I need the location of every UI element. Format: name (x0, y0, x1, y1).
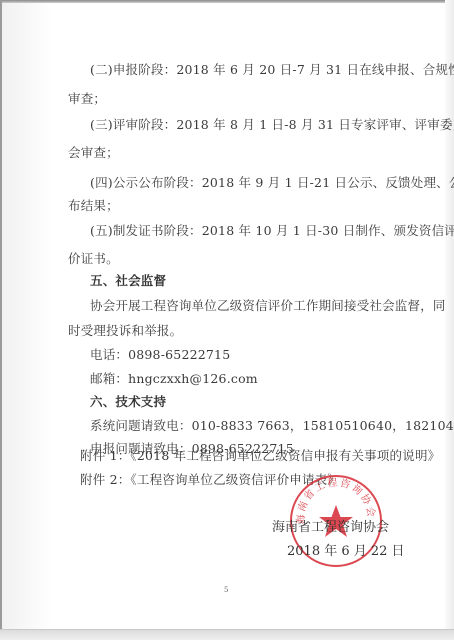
signature-date: 2018 年 6 月 22 日 (287, 540, 405, 559)
stage-2-line2: 审查； (68, 91, 388, 107)
section-heading-supervision: 五、社会监督 (90, 273, 410, 289)
system-issue-contact: 系统问题请致电：010-8833 7663，15810510640，182104… (90, 418, 410, 434)
stage-3-line2: 会审查； (68, 145, 388, 161)
scan-shadow-left (2, 3, 52, 630)
scan-border-top (0, 0, 454, 3)
stage-5-line2: 价证书。 (68, 251, 388, 267)
page-number: 5 (224, 586, 228, 594)
scan-shadow-right (445, 0, 454, 640)
stage-3-line1: (三)评审阶段：2018 年 8 月 1 日-8 月 31 日专家评审、评审委员 (90, 117, 410, 133)
scan-border-bottom (0, 629, 454, 640)
attachment-1: 附件 1：《2018 年工程咨询单位乙级资信申报有关事项的说明》 (80, 448, 400, 464)
supervision-paragraph-line2: 时受理投诉和举报。 (68, 323, 388, 339)
stage-2-line1: (二)申报阶段：2018 年 6 月 20 日-7 月 31 日在线申报、合规性 (90, 62, 410, 78)
signature-organization: 海南省工程咨询协会 (272, 516, 389, 535)
supervision-phone: 电话：0898-65222715 (90, 347, 410, 363)
section-heading-tech-support: 六、技术支持 (90, 394, 410, 410)
stage-4-line2: 布结果； (68, 198, 388, 214)
supervision-email: 邮箱：hngczxxh@126.com (90, 371, 410, 387)
stage-5-line1: (五)制发证书阶段：2018 年 10 月 1 日-30 日制作、颁发资信评 (90, 223, 410, 239)
stage-4-line1: (四)公示公布阶段：2018 年 9 月 1 日-21 日公示、反馈处理、公 (90, 175, 410, 191)
supervision-paragraph-line1: 协会开展工程咨询单位乙级资信评价工作期间接受社会监督，同 (90, 298, 410, 314)
